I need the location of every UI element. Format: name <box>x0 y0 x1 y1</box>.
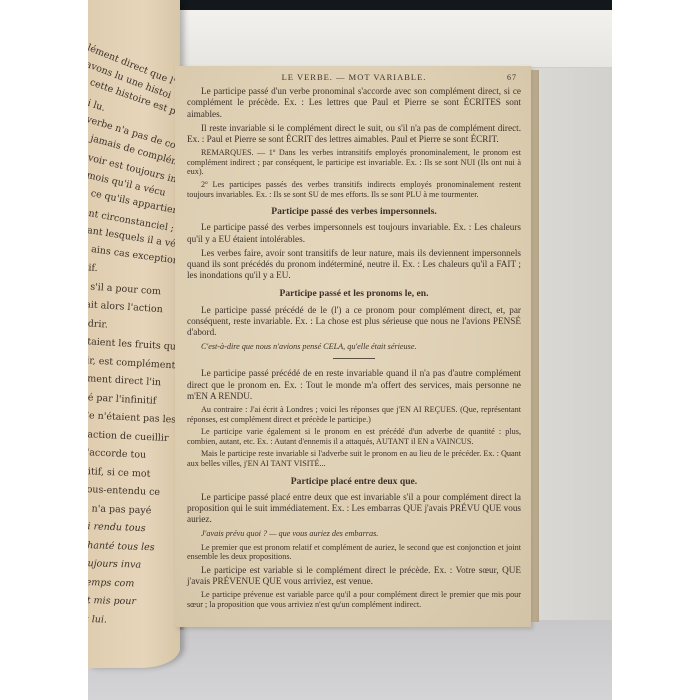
paragraph: Le participe passé précédé de le (l') a … <box>187 305 521 339</box>
left-page-fragment: temps com <box>88 577 134 590</box>
left-page-fragment: ndrir. <box>88 318 108 331</box>
section-heading: Participe passé et les pronoms le, en. <box>187 288 521 299</box>
white-surface <box>118 10 612 68</box>
left-page-fragment: sous-entendu ce <box>88 484 160 498</box>
left-page-fragment: st mis pour <box>88 595 136 608</box>
book-photo: plément direct que l'oppositavons lu une… <box>88 0 612 700</box>
page-body: Le participe passé d'un verbe pronominal… <box>187 86 521 609</box>
section-heading: Participe placé entre deux que. <box>187 476 521 487</box>
left-page-fragment: itif. <box>88 262 98 274</box>
paragraph: Le participe est variable si le compléme… <box>187 565 521 587</box>
left-page-fragment: s'accorde tou <box>88 447 146 461</box>
right-page: LE VERBE. — MOT VARIABLE. 67 Le particip… <box>175 66 531 627</box>
left-page-fragment: Il n'a pas payé <box>88 503 152 517</box>
paragraph: Le participe prévenue est variable parce… <box>187 590 521 609</box>
left-page-fragment: rir, est complément <box>88 355 176 372</box>
left-page-fragment: fait alors l'action <box>88 299 163 316</box>
paragraph: Au contraire : J'ai écrit à Londres ; vo… <box>187 405 521 424</box>
left-page-fragment: oujours inva <box>88 558 141 571</box>
paragraph: Le premier que est pronom relatif et com… <box>187 543 521 562</box>
section-heading: Participe passé des verbes impersonnels. <box>187 206 521 217</box>
example-line: J'avais prévu quoi ? — que vous auriez d… <box>187 528 521 539</box>
paragraph: 2º Les participes passés des verbes tran… <box>187 180 521 199</box>
paragraph: Le participe passé précédé de en reste i… <box>187 368 521 402</box>
left-page-fragment: ai lu. <box>88 96 107 114</box>
left-page-fragment: it lui. <box>88 614 107 626</box>
paragraph: Le participe passé d'un verbe pronominal… <box>187 86 521 120</box>
left-page-fragment: ai rendu tous <box>88 521 146 534</box>
running-head: LE VERBE. — MOT VARIABLE. 67 <box>187 72 521 83</box>
left-page-fragment: ément direct l'in <box>88 373 161 389</box>
example-line: C'est-à-dire que nous n'avions pensé CEL… <box>187 341 521 352</box>
page-content: LE VERBE. — MOT VARIABLE. 67 Le particip… <box>187 72 521 612</box>
left-page: plément direct que l'oppositavons lu une… <box>88 0 180 668</box>
left-page-fragment: dé par l'infinitif <box>88 392 157 407</box>
page-edge <box>531 70 539 622</box>
left-page-fragment: Ce n'étaient pas les <box>88 410 176 426</box>
left-page-fragment: étaient les fruits qu <box>88 336 176 353</box>
page-number: 67 <box>507 72 517 83</box>
paragraph: Le participe passé des verbes impersonne… <box>187 222 521 244</box>
section-divider <box>333 358 375 359</box>
paragraph: REMARQUES. — 1º Dans les verbes intransi… <box>187 148 521 177</box>
paragraph: Le participe varie également si le prono… <box>187 427 521 446</box>
left-page-fragment: chanté tous les <box>88 540 155 554</box>
paragraph: Mais le participe reste invariable si l'… <box>187 449 521 468</box>
running-head-title: LE VERBE. — MOT VARIABLE. <box>282 72 427 82</box>
left-page-fragment: l'action de cueillir <box>88 429 169 444</box>
left-page-fragment: nitif, si ce mot <box>88 466 151 480</box>
paragraph: Il reste invariable si le complément dir… <box>187 123 521 145</box>
paragraph: Le participe passé placé entre deux que … <box>187 492 521 526</box>
left-page-fragment: e s'il a pour com <box>88 281 161 298</box>
paragraph: Les verbes faire, avoir sont transitifs … <box>187 248 521 282</box>
left-page-text: plément direct que l'oppositavons lu une… <box>88 0 180 668</box>
